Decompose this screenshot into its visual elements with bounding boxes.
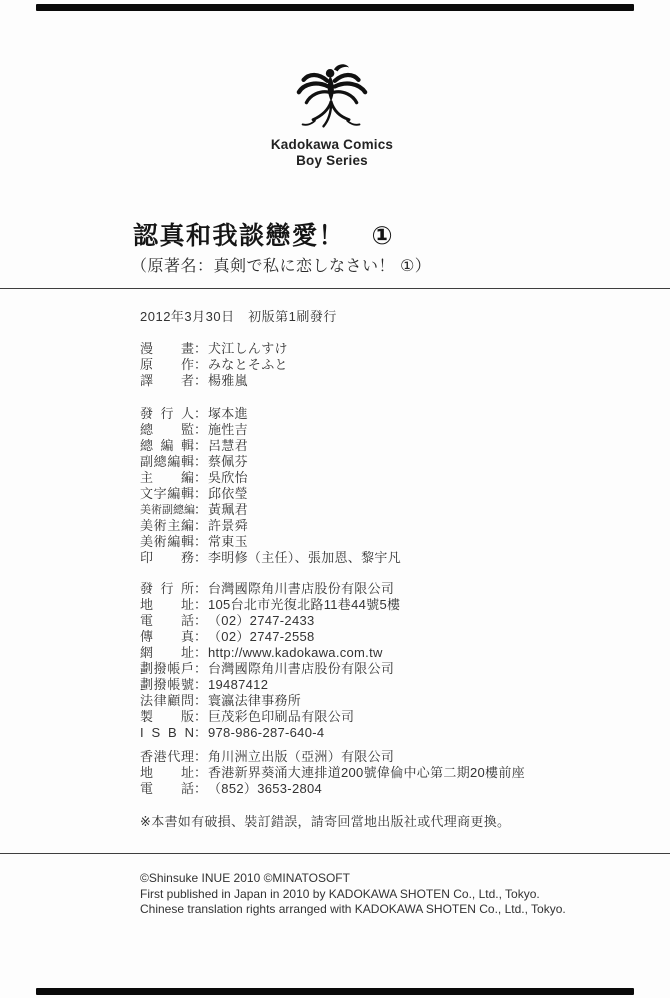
credit-row: 發行人：塚本進 xyxy=(140,406,401,422)
credit-row: 原作：みなとそふと xyxy=(140,357,288,373)
credit-row: 發行所：台灣國際角川書店股份有限公司 xyxy=(140,581,400,597)
colon-separator: ： xyxy=(194,749,208,765)
credit-label: 原作 xyxy=(140,357,194,373)
colon-separator: ： xyxy=(194,550,208,566)
credit-label: 電話 xyxy=(140,781,194,797)
credit-label: 總編輯 xyxy=(140,438,194,454)
credit-value: 李明修（主任）、張加恩、黎宇凡 xyxy=(208,550,401,565)
edition-date: 2012年3月30日 初版第1刷發行 xyxy=(140,306,337,325)
credit-label: 印務 xyxy=(140,550,194,566)
colon-separator: ： xyxy=(194,438,208,454)
credit-label: 譯者 xyxy=(140,373,194,389)
colon-separator: ： xyxy=(194,373,208,389)
colon-separator: ： xyxy=(194,597,208,613)
credit-value: 黃珮君 xyxy=(208,502,248,517)
credit-value: 吳欣怡 xyxy=(208,470,248,485)
colon-separator: ： xyxy=(194,502,208,518)
credit-row: 總監：施性吉 xyxy=(140,422,401,438)
credit-value: （02）2747-2558 xyxy=(208,629,315,644)
credit-value: 犬江しんすけ xyxy=(208,341,288,356)
colon-separator: ： xyxy=(194,781,208,797)
credit-value: 台灣國際角川書店股份有限公司 xyxy=(208,581,394,596)
credit-value: 蔡佩芬 xyxy=(208,454,248,469)
credit-label: 地址 xyxy=(140,597,194,613)
credit-row: 法律顧問：寰瀛法律事務所 xyxy=(140,693,400,709)
publisher-logo-block: Kadokawa Comics Boy Series xyxy=(212,60,452,168)
credit-row: 主編：吳欣怡 xyxy=(140,470,401,486)
copyright-line1: ©Shinsuke INUE 2010 ©MINATOSOFT xyxy=(140,871,566,887)
credit-label: 美術主編 xyxy=(140,518,194,534)
credit-row: 香港代理：角川洲立出版（亞洲）有限公司 xyxy=(140,749,525,765)
credit-value: 寰瀛法律事務所 xyxy=(208,693,301,708)
brand-series-line2: Boy Series xyxy=(212,153,452,169)
isbn-value: 978-986-287-640-4 xyxy=(208,725,324,740)
credit-row: 印務：李明修（主任）、張加恩、黎宇凡 xyxy=(140,550,401,566)
credit-label: 製版 xyxy=(140,709,194,725)
credit-label: 劃撥帳戶 xyxy=(140,661,194,677)
copyright-line3: Chinese translation rights arranged with… xyxy=(140,902,566,918)
credit-value: 105台北市光復北路11巷44號5樓 xyxy=(208,597,400,612)
credit-row: 網址：http://www.kadokawa.com.tw xyxy=(140,645,400,661)
kadokawa-phoenix-icon xyxy=(292,119,372,136)
credit-value: 常東玉 xyxy=(208,534,248,549)
credit-row: 美術主編：許景舜 xyxy=(140,518,401,534)
credit-row: 美術編輯：常東玉 xyxy=(140,534,401,550)
credit-value: 許景舜 xyxy=(208,518,248,533)
credit-row: 劃撥帳戶：台灣國際角川書店股份有限公司 xyxy=(140,661,400,677)
credit-row: 地址：香港新界葵涌大連排道200號偉倫中心第二期20樓前座 xyxy=(140,765,525,781)
credit-value: 楊雅嵐 xyxy=(208,373,248,388)
credit-value: 呂慧君 xyxy=(208,438,248,453)
scan-edge-bottom xyxy=(36,988,634,995)
colon-separator: ： xyxy=(194,357,208,373)
credit-label: 劃撥帳號 xyxy=(140,677,194,693)
brand-series-line1: Kadokawa Comics xyxy=(212,137,452,153)
credit-value: 角川洲立出版（亞洲）有限公司 xyxy=(208,749,394,764)
credit-row: 製版：巨茂彩色印刷品有限公司 xyxy=(140,709,400,725)
credit-label: 漫畫 xyxy=(140,341,194,357)
book-title: 認真和我談戀愛！ ① xyxy=(133,216,394,252)
scan-edge-top xyxy=(36,4,634,11)
credit-value: （852）3653-2804 xyxy=(208,781,322,796)
credit-row: 總編輯：呂慧君 xyxy=(140,438,401,454)
colon-separator: ： xyxy=(194,677,208,693)
credit-row: I S B N：978-986-287-640-4 xyxy=(140,725,400,741)
credit-label: 電話 xyxy=(140,613,194,629)
publisher-info-group: 發行所：台灣國際角川書店股份有限公司 地址：105台北市光復北路11巷44號5樓… xyxy=(140,581,400,741)
colon-separator: ： xyxy=(194,709,208,725)
copyright-block: ©Shinsuke INUE 2010 ©MINATOSOFT First pu… xyxy=(140,871,566,918)
colon-separator: ： xyxy=(194,341,208,357)
credit-row: 地址：105台北市光復北路11巷44號5樓 xyxy=(140,597,400,613)
credit-row: 漫畫：犬江しんすけ xyxy=(140,341,288,357)
credit-row: 電話：（02）2747-2433 xyxy=(140,613,400,629)
colon-separator: ： xyxy=(194,486,208,502)
colon-separator: ： xyxy=(194,725,208,741)
credit-label: 副總編輯 xyxy=(140,454,194,470)
credit-value: 香港新界葵涌大連排道200號偉倫中心第二期20樓前座 xyxy=(208,765,525,780)
credit-row: 副總編輯：蔡佩芬 xyxy=(140,454,401,470)
credit-row: 美術副總編：黃珮君 xyxy=(140,502,401,518)
credit-row: 劃撥帳號：19487412 xyxy=(140,677,400,693)
publisher-website-url: http://www.kadokawa.com.tw xyxy=(208,645,383,660)
credit-label: 傳真 xyxy=(140,629,194,645)
divider-top xyxy=(0,288,670,289)
isbn-label: I S B N xyxy=(140,725,194,741)
colon-separator: ： xyxy=(194,765,208,781)
colon-separator: ： xyxy=(194,454,208,470)
credit-label: 發行所 xyxy=(140,581,194,597)
staff-credit-group: 發行人：塚本進 總監：施性吉 總編輯：呂慧君 副總編輯：蔡佩芬 主編：吳欣怡 文… xyxy=(140,406,401,566)
creators-credit-group: 漫畫：犬江しんすけ 原作：みなとそふと 譯者：楊雅嵐 xyxy=(140,341,288,389)
divider-bottom xyxy=(0,853,670,854)
colophon-page: Kadokawa Comics Boy Series 認真和我談戀愛！ ① （原… xyxy=(0,0,670,998)
credit-label: 文字編輯 xyxy=(140,486,194,502)
credit-row: 傳真：（02）2747-2558 xyxy=(140,629,400,645)
damage-replacement-notice: ※本書如有破損、裝訂錯誤，請寄回當地出版社或代理商更換。 xyxy=(140,811,510,830)
credit-row: 電話：（852）3653-2804 xyxy=(140,781,525,797)
colon-separator: ： xyxy=(194,406,208,422)
colon-separator: ： xyxy=(194,661,208,677)
credit-label: 網址 xyxy=(140,645,194,661)
colon-separator: ： xyxy=(194,422,208,438)
credit-value: 19487412 xyxy=(208,677,268,692)
credit-value: みなとそふと xyxy=(208,357,288,372)
credit-row: 文字編輯：邱依瑩 xyxy=(140,486,401,502)
colon-separator: ： xyxy=(194,629,208,645)
original-title: （原著名：真剣で私に恋しなさい！ ①） xyxy=(131,253,431,276)
colon-separator: ： xyxy=(194,581,208,597)
credit-value: 邱依瑩 xyxy=(208,486,248,501)
colon-separator: ： xyxy=(194,693,208,709)
credit-label: 香港代理 xyxy=(140,749,194,765)
credit-value: 施性吉 xyxy=(208,422,248,437)
colon-separator: ： xyxy=(194,518,208,534)
credit-label: 地址 xyxy=(140,765,194,781)
colon-separator: ： xyxy=(194,645,208,661)
colon-separator: ： xyxy=(194,470,208,486)
credit-value: 台灣國際角川書店股份有限公司 xyxy=(208,661,394,676)
credit-value: 巨茂彩色印刷品有限公司 xyxy=(208,709,354,724)
hk-agent-group: 香港代理：角川洲立出版（亞洲）有限公司 地址：香港新界葵涌大連排道200號偉倫中… xyxy=(140,749,525,797)
credit-value: 塚本進 xyxy=(208,406,248,421)
credit-row: 譯者：楊雅嵐 xyxy=(140,373,288,389)
credit-label: 法律顧問 xyxy=(140,693,194,709)
credit-label: 美術副總編 xyxy=(140,502,194,518)
copyright-line2: First published in Japan in 2010 by KADO… xyxy=(140,887,566,903)
credit-label: 發行人 xyxy=(140,406,194,422)
credit-label: 美術編輯 xyxy=(140,534,194,550)
colon-separator: ： xyxy=(194,534,208,550)
credit-label: 主編 xyxy=(140,470,194,486)
credit-value: （02）2747-2433 xyxy=(208,613,315,628)
credit-label: 總監 xyxy=(140,422,194,438)
colon-separator: ： xyxy=(194,613,208,629)
